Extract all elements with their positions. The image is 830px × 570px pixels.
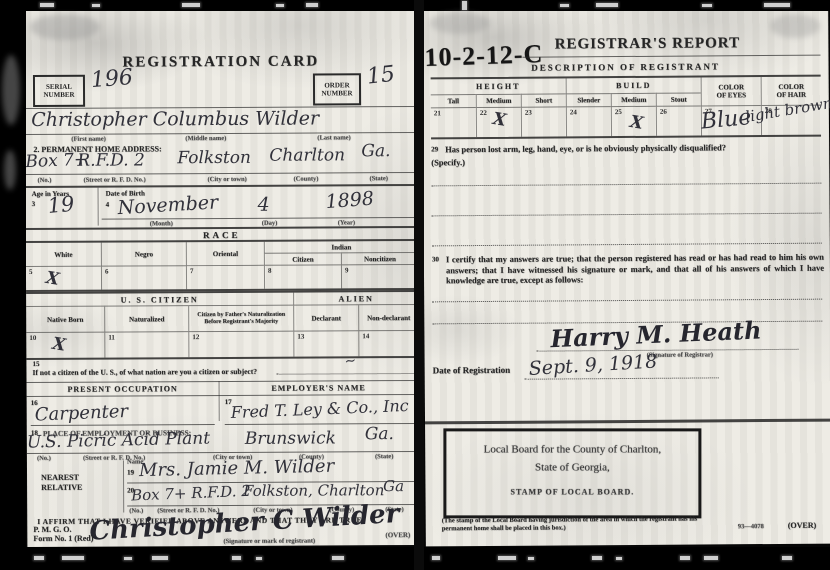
address-county: Charlton xyxy=(269,145,345,165)
race-white-mark: X xyxy=(44,268,60,290)
place-sublabel-no: (No.) xyxy=(37,455,51,462)
serial-number-value: 196 xyxy=(90,65,134,93)
place-sublabel-state: (State) xyxy=(375,453,393,460)
build-header: BUILD xyxy=(566,77,701,93)
birth-year: 1898 xyxy=(325,188,375,214)
registrant-name: Christopher Columbus Wilder xyxy=(31,107,319,131)
height-tall-label: Tall xyxy=(431,94,476,107)
relative-address-city-county: Folkston, Charlton xyxy=(243,481,384,500)
employer-value: Fred T. Ley & Co., Inc xyxy=(230,396,409,422)
address-sublabel-street: (Street or R. F. D. No.) xyxy=(83,176,145,183)
date-of-registration-label: Date of Registration xyxy=(433,365,511,376)
stamp-instruction-note: (The stamp of the Local Board having jur… xyxy=(442,515,728,533)
non-declarant-label: Non-declarant xyxy=(358,304,418,330)
order-number-value: 15 xyxy=(366,62,397,90)
native-born-label: Native Born xyxy=(26,306,104,332)
place-state: Ga. xyxy=(365,424,394,444)
form-identifier: P. M. G. O. Form No. 1 (Red) xyxy=(33,525,93,543)
relative-address-state: Ga xyxy=(383,477,404,495)
order-number-label: ORDER NUMBER xyxy=(313,73,361,105)
build-stout-number: 26 xyxy=(660,108,667,116)
build-stout-label: Stout xyxy=(656,92,701,105)
declarant-label: Declarant xyxy=(293,304,358,330)
registration-card: REGISTRATION CARD SERIAL NUMBER 196 ORDE… xyxy=(25,9,420,547)
line15-question: If not a citizen of the U. S., of what n… xyxy=(32,367,257,377)
dob-field-number: 4 xyxy=(106,201,110,209)
race-noncitizen-cell: 9 xyxy=(341,264,418,288)
local-board-stamp-line2: State of Georgia, xyxy=(446,461,698,473)
age-value: 19 xyxy=(47,192,76,218)
relative-name-number: 19 xyxy=(127,468,134,476)
race-negro-cell: 6 xyxy=(101,265,186,289)
native-born-mark: X xyxy=(51,334,67,356)
page-gutter xyxy=(414,0,424,570)
relative-name-value: Mrs. Jamie M. Wilder xyxy=(139,456,335,481)
race-negro-label: Negro xyxy=(101,242,186,265)
address-state: Ga. xyxy=(361,141,390,161)
height-short-number: 23 xyxy=(525,109,532,117)
occupation-header: PRESENT OCCUPATION xyxy=(27,384,219,394)
native-born-number: 10 xyxy=(29,334,36,342)
occupation-value: Carpenter xyxy=(34,401,128,426)
build-medium-mark: X xyxy=(628,112,644,134)
print-code: 93—4078 xyxy=(738,523,764,530)
address-rfd: R.F.D. 2 xyxy=(77,150,145,170)
build-slender-number: 24 xyxy=(570,108,577,116)
height-medium-number: 22 xyxy=(480,109,487,117)
height-short-label: Short xyxy=(521,93,566,106)
race-indian-label: Indian xyxy=(264,241,418,253)
race-white-cell: 5 X xyxy=(26,266,101,290)
native-born-cell: 10 X xyxy=(26,332,104,358)
race-white-number: 5 xyxy=(29,268,33,276)
address-city: Folkston xyxy=(177,148,251,168)
address-sublabel-city: (City or town) xyxy=(207,176,246,183)
registrar-signature: Harry M. Heath xyxy=(550,315,762,353)
height-tall-cell: 21 xyxy=(431,107,476,137)
local-board-stamp-box: Local Board for the County of Charlton, … xyxy=(443,428,701,518)
employer-header: EMPLOYER'S NAME xyxy=(219,383,419,393)
citizen-by-father-cell: 12 xyxy=(188,331,293,358)
build-slender-label: Slender xyxy=(566,93,611,106)
build-medium-number: 25 xyxy=(615,108,622,116)
height-header: HEIGHT xyxy=(431,78,566,94)
q29-specify: (Specify.) xyxy=(431,157,465,167)
address-sublabel-county: (County) xyxy=(293,175,318,182)
height-short-cell: 23 xyxy=(521,106,566,136)
citizen-by-father-label: Citizen by Father's Naturalization Befor… xyxy=(188,305,293,332)
build-medium-label: Medium xyxy=(611,93,656,106)
height-medium-cell: 22 X xyxy=(476,107,521,137)
address-sublabel-state: (State) xyxy=(369,175,387,182)
citizenship-table: U. S. CITIZEN ALIEN Native Born Naturali… xyxy=(26,290,418,360)
birth-day: 4 xyxy=(258,194,270,216)
over-label-right: (OVER) xyxy=(788,521,817,530)
race-oriental-number: 7 xyxy=(190,267,194,275)
height-medium-label: Medium xyxy=(476,94,521,107)
race-white-label: White xyxy=(26,243,101,266)
race-noncitizen-number: 9 xyxy=(345,266,349,274)
race-oriental-label: Oriental xyxy=(186,242,264,265)
race-indian-citizen-label: Citizen xyxy=(264,252,341,264)
race-citizen-cell: 8 xyxy=(264,264,341,288)
race-indian-noncitizen-label: Noncitizen xyxy=(341,252,418,264)
registrars-report-title: REGISTRAR'S REPORT xyxy=(522,35,772,54)
race-citizen-number: 8 xyxy=(268,267,272,275)
nearest-relative-label: NEAREST RELATIVE xyxy=(41,473,82,493)
place-value: U.S. Picric Acid Plant xyxy=(27,428,211,452)
non-declarant-number: 14 xyxy=(362,332,369,340)
color-of-eyes-header: COLOR OF EYES xyxy=(701,77,761,105)
registrars-report: 10-2-12-C REGISTRAR'S REPORT DESCRIPTION… xyxy=(422,3,830,547)
cert-text: I certify that my answers are true; that… xyxy=(446,252,824,286)
line15-stray-mark: ~ xyxy=(343,353,357,371)
naturalized-number: 11 xyxy=(108,334,115,342)
date-of-registration-value: Sept. 9, 1918 xyxy=(528,350,658,380)
race-table: White Negro Oriental Indian Citizen Nonc… xyxy=(26,239,418,292)
over-label-left: (OVER) xyxy=(385,531,410,539)
build-medium-cell: 25 X xyxy=(611,106,656,136)
line15-number: 15 xyxy=(32,360,39,368)
stamp-of-local-board-caption: STAMP OF LOCAL BOARD. xyxy=(446,487,698,496)
height-tall-number: 21 xyxy=(434,109,441,117)
race-negro-number: 6 xyxy=(105,268,109,276)
cert-number: 30 xyxy=(432,255,439,263)
naturalized-label: Naturalized xyxy=(104,305,188,331)
citizen-by-father-number: 12 xyxy=(192,333,199,341)
serial-number-label: SERIAL NUMBER xyxy=(33,75,85,107)
name-sublabel-middle: (Middle name) xyxy=(185,135,226,142)
build-slender-cell: 24 xyxy=(566,106,611,136)
build-stout-cell: 26 xyxy=(656,105,701,135)
registrant-signature-sublabel: (Signature or mark of registrant) xyxy=(223,538,315,545)
race-oriental-cell: 7 xyxy=(186,265,264,289)
age-field-number: 3 xyxy=(32,200,36,208)
birth-month: November xyxy=(117,191,219,219)
description-of-registrant-subtitle: DESCRIPTION OF REGISTRANT xyxy=(423,61,829,74)
scanned-draft-card: REGISTRATION CARD SERIAL NUMBER 196 ORDE… xyxy=(0,0,830,570)
relative-address-no-street: Box 7+ R.F.D. 2 xyxy=(131,482,251,505)
address-sublabel-no: (No.) xyxy=(37,177,51,184)
naturalized-cell: 11 xyxy=(104,331,188,357)
non-declarant-cell: 14 xyxy=(358,330,418,356)
name-sublabel-first: (First name) xyxy=(71,136,106,143)
height-medium-mark: X xyxy=(491,109,507,131)
local-board-stamp-line1: Local Board for the County of Charlton, xyxy=(432,443,712,455)
name-sublabel-last: (Last name) xyxy=(317,134,350,141)
alien-header: ALIEN xyxy=(293,292,418,305)
declarant-number: 13 xyxy=(297,333,304,341)
place-city: Brunswick xyxy=(245,428,336,448)
q29-number: 29 xyxy=(431,145,438,153)
q29-question: Has person lost arm, leg, hand, eye, or … xyxy=(445,142,821,155)
registration-card-title: REGISTRATION CARD xyxy=(25,53,417,72)
